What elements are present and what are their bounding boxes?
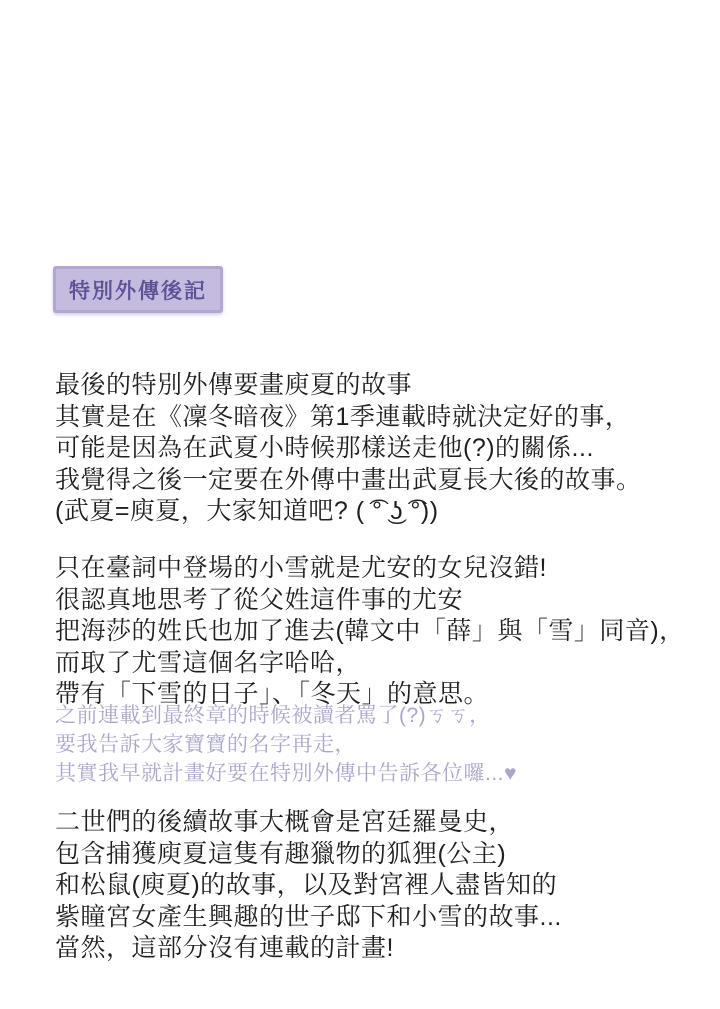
text-line: 紫瞳宮女產生興趣的世子邸下和小雪的故事... xyxy=(55,902,562,934)
text-line: 其實我早就計畫好要在特別外傳中告訴各位囉...♥ xyxy=(55,759,517,788)
section-title-badge: 特別外傳後記 xyxy=(53,266,223,313)
text-line: 和松鼠(庾夏)的故事，以及對宮裡人盡皆知的 xyxy=(55,870,562,902)
text-line: 包含捕獲庾夏這隻有趣獵物的狐狸(公主) xyxy=(55,839,562,871)
paragraph-intro: 最後的特別外傳要畫庾夏的故事 其實是在《凜冬暗夜》第1季連載時就決定好的事， 可… xyxy=(55,370,642,528)
text-line: 之前連載到最終章的時候被讀者罵了(?)ㄎㄎ， xyxy=(55,701,517,730)
text-line: 當然，這部分沒有連載的計畫! xyxy=(55,933,562,965)
afterword-page: 特別外傳後記 最後的特別外傳要畫庾夏的故事 其實是在《凜冬暗夜》第1季連載時就決… xyxy=(0,0,720,1009)
text-line: (武夏=庾夏，大家知道吧? ( ͡° ͜ʖ ͡°)) xyxy=(55,496,642,528)
text-line: 最後的特別外傳要畫庾夏的故事 xyxy=(55,370,642,402)
text-line: 很認真地思考了從父姓這件事的尤安 xyxy=(55,585,685,617)
text-line: 其實是在《凜冬暗夜》第1季連載時就決定好的事， xyxy=(55,402,642,434)
text-line: 只在臺詞中登場的小雪就是尤安的女兒沒錯! xyxy=(55,553,685,585)
paragraph-author-note: 之前連載到最終章的時候被讀者罵了(?)ㄎㄎ， 要我告訴大家寶寶的名字再走， 其實… xyxy=(55,701,517,788)
text-line: 而取了尤雪這個名字哈哈， xyxy=(55,648,685,680)
text-line: 二世們的後續故事大概會是宮廷羅曼史， xyxy=(55,807,562,839)
paragraph-xiaoxue: 只在臺詞中登場的小雪就是尤安的女兒沒錯! 很認真地思考了從父姓這件事的尤安 把海… xyxy=(55,553,685,711)
text-line: 可能是因為在武夏小時候那樣送走他(?)的關係... xyxy=(55,433,642,465)
text-line: 把海莎的姓氏也加了進去(韓文中「薛」與「雪」同音)， xyxy=(55,616,685,648)
text-line: 我覺得之後一定要在外傳中畫出武夏長大後的故事。 xyxy=(55,465,642,497)
text-line: 要我告訴大家寶寶的名字再走， xyxy=(55,730,517,759)
paragraph-sequel: 二世們的後續故事大概會是宮廷羅曼史， 包含捕獲庾夏這隻有趣獵物的狐狸(公主) 和… xyxy=(55,807,562,965)
